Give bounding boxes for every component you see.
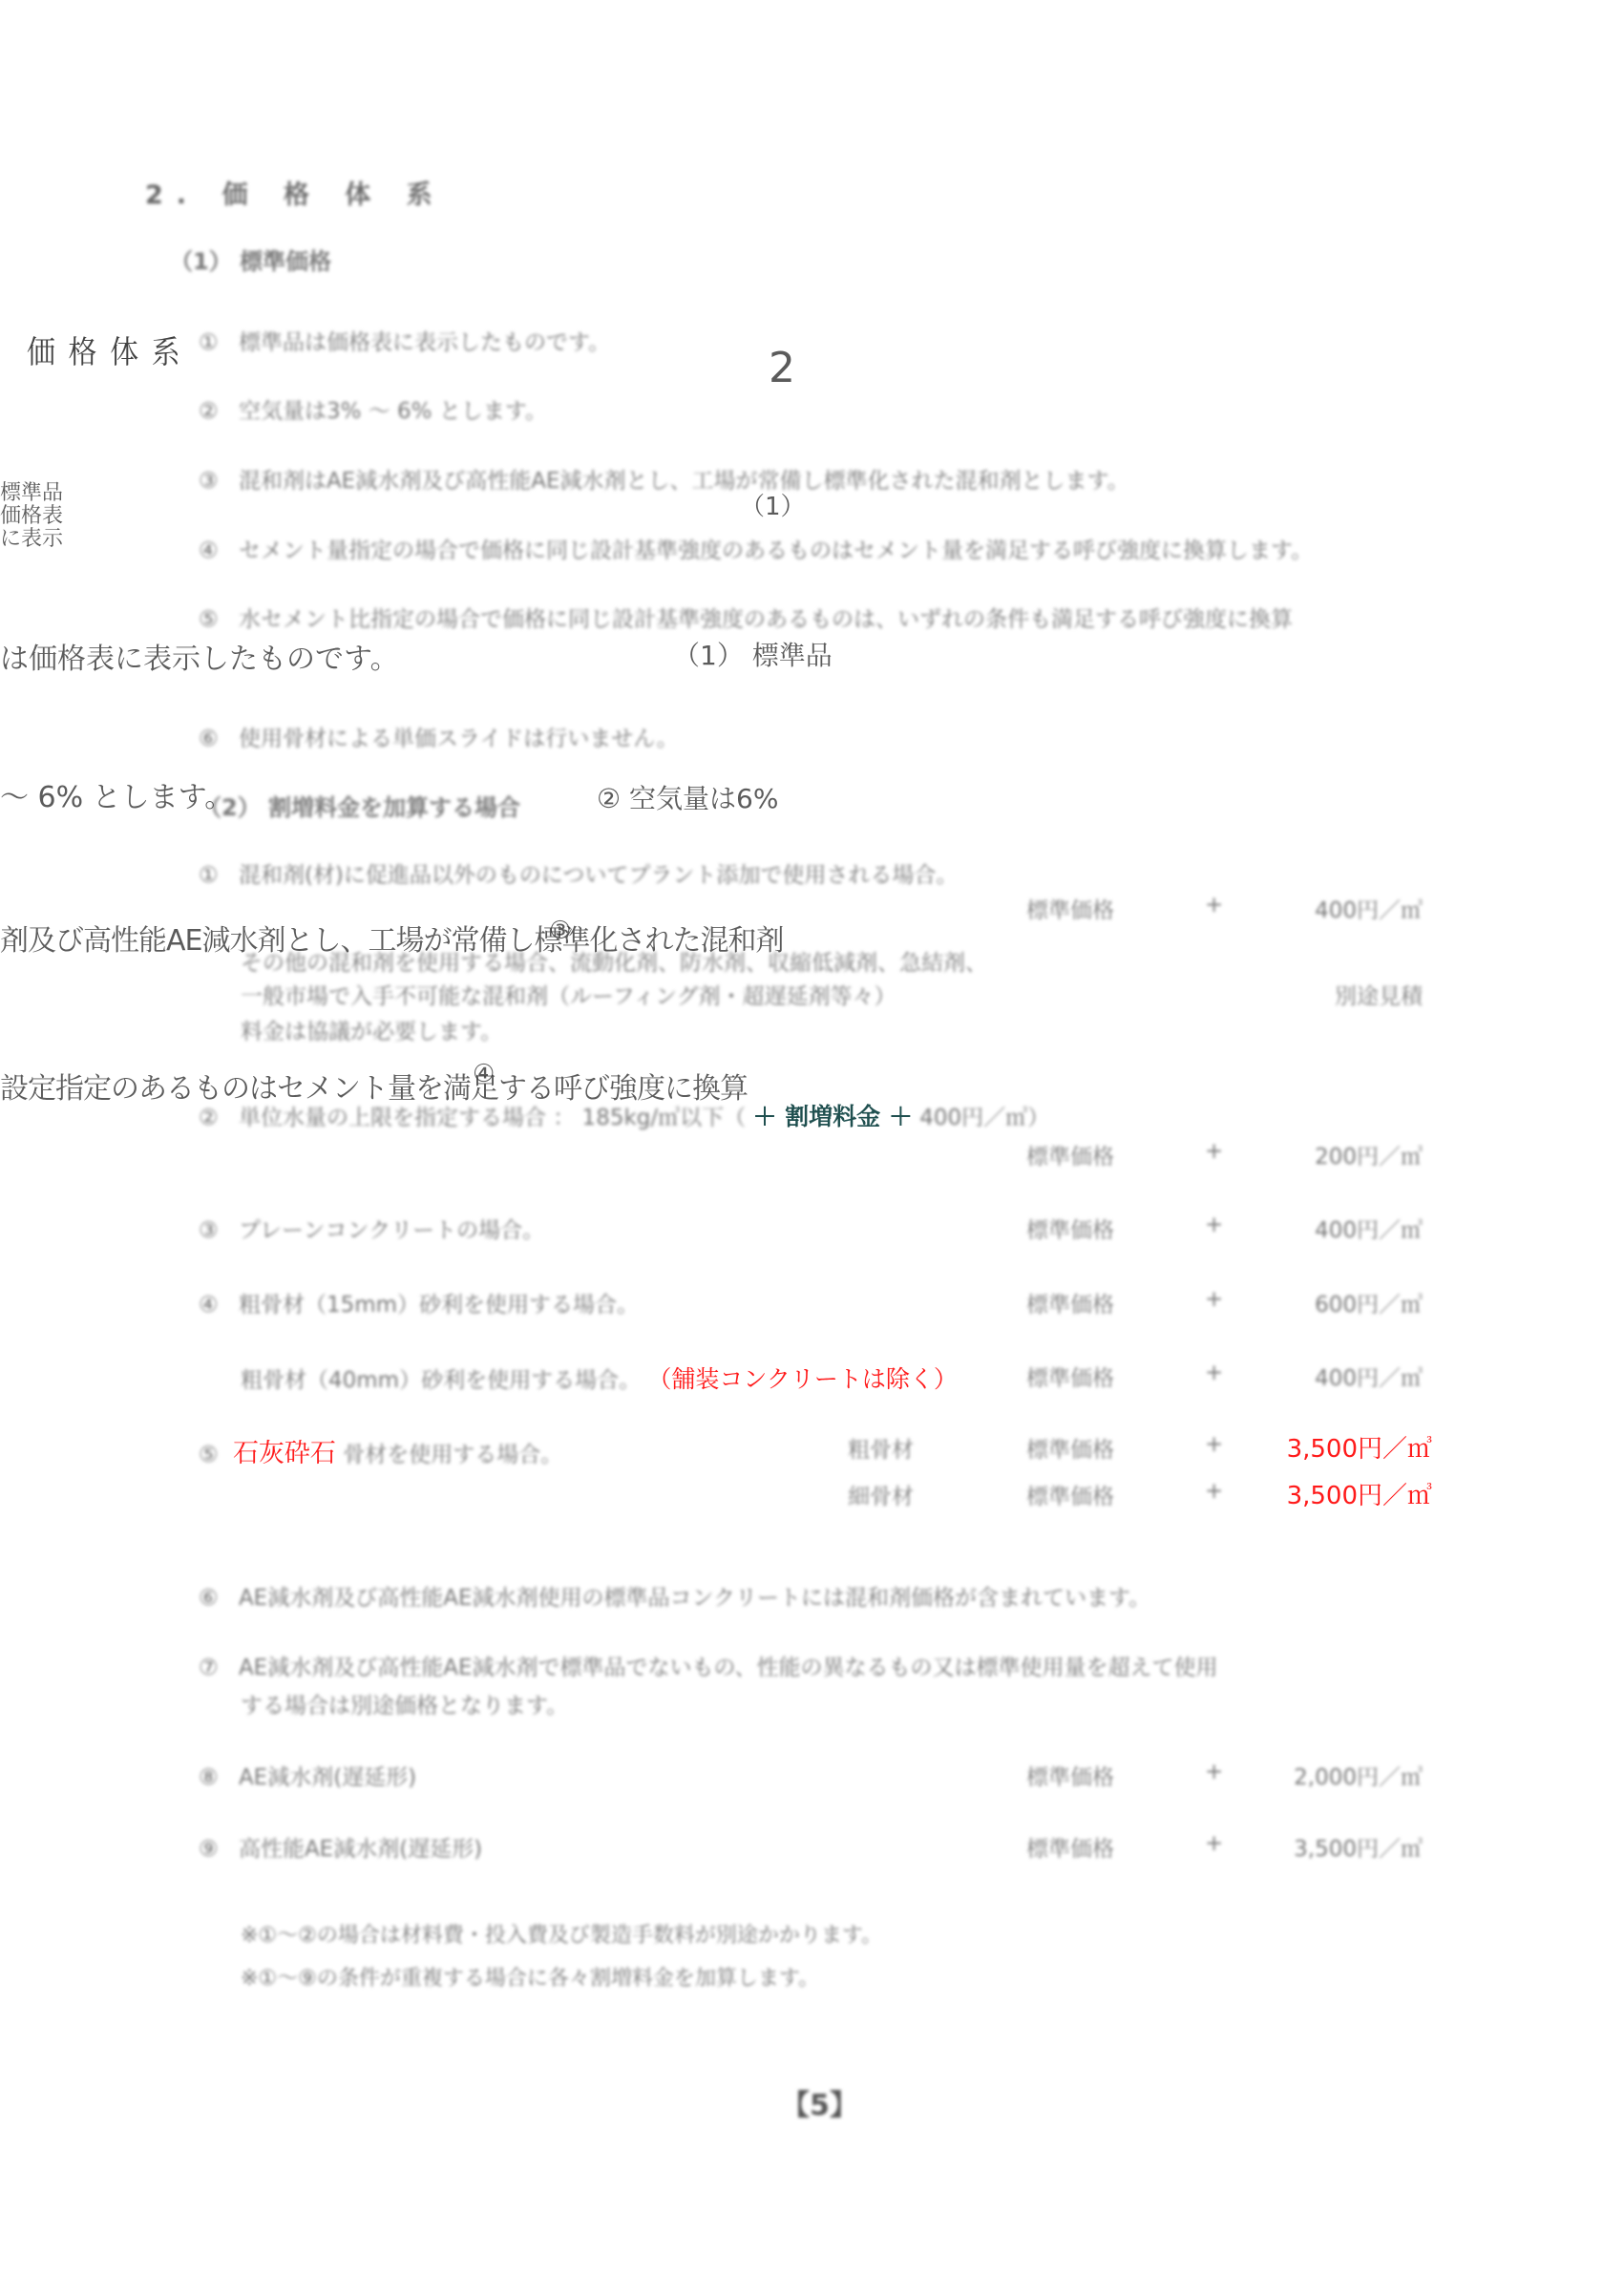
list-item: 粗骨材（40mm）砂利を使用する場合。 （舗装コンクリートは除く）: [241, 1360, 958, 1395]
price-plus: +: [1205, 1213, 1223, 1237]
price-plus: +: [1205, 893, 1223, 918]
price-amount: 400円／㎥: [1289, 1360, 1423, 1392]
list-item-continuation: する場合は別途価格となります。: [241, 1688, 568, 1719]
price-base-label: 標準価格: [1026, 1287, 1114, 1318]
list-item: ⑤ 石灰砕石 骨材を使用する場合。: [199, 1432, 562, 1469]
overlay-ghost-circled: ④: [473, 1060, 495, 1088]
footnote: ※①～⑨の条件が重複する場合に各々割増料金を加算します。: [241, 1962, 819, 1992]
price-base-label: 標準価格: [1026, 1432, 1114, 1464]
aggregate-kind: 粗骨材: [848, 1432, 914, 1464]
aggregate-kind: 細骨材: [848, 1479, 914, 1510]
overlay-ghost-line: は価格表に表示したものです。: [0, 635, 399, 677]
price-amount-red: 3,500円／㎥: [1279, 1429, 1432, 1465]
overlay-ghost-circled: ③: [549, 917, 571, 945]
overlay-ghost-title: 価 格 体 系: [27, 334, 182, 372]
overlay-ghost-line: 設定指定のあるものはセメント量を満足する呼び強度に換算: [0, 1065, 748, 1107]
list-item: ① 標準品は価格表に表示したものです。: [199, 325, 610, 356]
price-plus: +: [1205, 1432, 1223, 1457]
list-item: ③ 混和剤はAE減水剤及び高性能AE減水剤とし、工場が常備し標準化された混和剤と…: [199, 463, 1129, 495]
price-base-label: 標準価格: [1026, 1139, 1114, 1171]
price-amount-red: 3,500円／㎥: [1279, 1476, 1432, 1511]
red-note-paving-excluded: （舗装コンクリートは除く）: [647, 1365, 958, 1393]
price-amount: 別途見積: [1289, 979, 1423, 1010]
list-item: ⑧ AE減水剤(遅延形): [199, 1760, 416, 1791]
overlay-ghost-number: 2: [769, 344, 795, 392]
surcharge-correction-label: ＋ 割増料金 ＋: [752, 1103, 912, 1130]
price-base-label: 標準価格: [1026, 1213, 1114, 1244]
price-plus: +: [1205, 1139, 1223, 1164]
list-item-continuation: 一般市場で入手不可能な混和剤（ルーフィング剤・超遅延剤等々）: [241, 979, 896, 1010]
list-item: ④ 粗骨材（15mm）砂利を使用する場合。: [199, 1287, 639, 1318]
price-base-label: 標準価格: [1026, 1360, 1114, 1392]
page-number: 【5】: [781, 2081, 858, 2123]
red-limestone-label: 石灰砕石: [233, 1439, 336, 1468]
list-item: ② 空気量は3% ～ 6% とします。: [199, 393, 547, 425]
price-base-label: 標準価格: [1026, 893, 1114, 924]
list-item: ③ プレーンコンクリートの場合。: [199, 1213, 544, 1244]
footnote: ※①～②の場合は材料費・投入費及び製造手数料が別途かかります。: [241, 1919, 882, 1949]
list-item: ⑥ AE減水剤及び高性能AE減水剤使用の標準品コンクリートには混和剤価格が含まれ…: [199, 1580, 1150, 1612]
section-title: 2. 価 格 体 系: [145, 174, 446, 211]
price-amount: 3,500円／㎥: [1289, 1831, 1423, 1863]
overlay-ghost-number: （1）: [740, 487, 806, 522]
list-item-continuation: 料金は協議が必要します。: [241, 1014, 502, 1045]
list-item: ⑦ AE減水剤及び高性能AE減水剤で標準品でないもの、性能の異なるもの又は標準使…: [199, 1650, 1218, 1681]
price-amount: 2,000円／㎥: [1289, 1760, 1423, 1791]
overlay-ghost-line: ② 空気量は6%: [597, 778, 778, 816]
price-amount: 400円／㎥: [1289, 1213, 1423, 1244]
price-base-label: 標準価格: [1026, 1760, 1114, 1791]
subsection-surcharge: （2） 割増料金を加算する場合: [199, 789, 520, 822]
list-item: ⑥ 使用骨材による単価スライドは行いません。: [199, 721, 679, 752]
price-plus: +: [1205, 1760, 1223, 1784]
list-item: ④ セメント量指定の場合で価格に同じ設計基準強度のあるものはセメント量を満足する…: [199, 533, 1313, 564]
price-amount: 600円／㎥: [1289, 1287, 1423, 1318]
price-plus: +: [1205, 1360, 1223, 1385]
overlay-ghost-line: （1） 標準品: [673, 635, 833, 673]
overlay-ghost-line: 剤及び高性能AE減水剤とし、工場が常備し標準化された混和剤: [0, 917, 783, 959]
price-base-label: 標準価格: [1026, 1479, 1114, 1510]
price-amount: 400円／㎥: [1289, 893, 1423, 924]
price-base-label: 標準価格: [1026, 1831, 1114, 1863]
price-plus: +: [1205, 1479, 1223, 1504]
price-plus: +: [1205, 1287, 1223, 1312]
price-amount: 200円／㎥: [1289, 1139, 1423, 1171]
list-item: ⑤ 水セメント比指定の場合で価格に同じ設計基準強度のあるものは、いずれの条件も満…: [199, 601, 1293, 633]
list-item: ① 混和剤(材)に促進品以外のものについてプラント添加で使用される場合。: [199, 857, 958, 889]
subsection-standard-price: （1） 標準価格: [170, 243, 331, 276]
list-item: ⑨ 高性能AE減水剤(遅延形): [199, 1831, 482, 1863]
price-plus: +: [1205, 1831, 1223, 1856]
overlay-ghost-line: ～ 6% とします。: [0, 773, 233, 815]
overlay-ghost-block: 標準品 価格表 に表示: [0, 482, 63, 551]
